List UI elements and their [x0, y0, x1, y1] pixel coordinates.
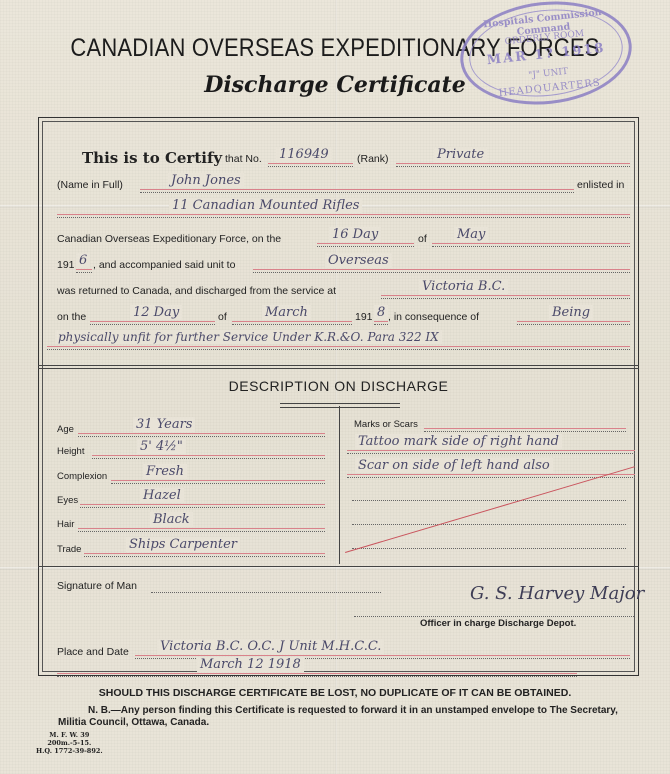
marks-blank-line — [352, 548, 626, 549]
force-label: Canadian Overseas Expeditionary Force, o… — [57, 233, 281, 245]
discharge-month-field: March — [232, 309, 352, 325]
certify-heading: This is to Certify — [82, 149, 222, 167]
nb-line-1: N. B.—Any person finding this Certificat… — [58, 705, 618, 717]
discharge-year-value: 8 — [374, 305, 388, 320]
marks-label: Marks or Scars — [354, 419, 418, 430]
age-label: Age — [57, 424, 74, 435]
description-heading: DESCRIPTION ON DISCHARGE — [38, 378, 639, 394]
discharged-at-value: Victoria B.C. — [419, 279, 508, 294]
on-the-label: on the — [57, 311, 86, 323]
name-label: (Name in Full) — [57, 179, 123, 191]
enlist-month-field: May — [432, 231, 630, 247]
enlist-day-field: 16 Day — [317, 231, 414, 247]
officer-signature: G. S. Harvey Major — [470, 583, 644, 604]
heading-underline — [280, 403, 400, 408]
form-number: M. F. W. 39 — [36, 731, 103, 739]
discharge-year-field: 8 — [374, 309, 388, 325]
returned-label: was returned to Canada, and discharged f… — [57, 285, 336, 297]
trade-field: Ships Carpenter — [84, 541, 325, 557]
eyes-label: Eyes — [57, 495, 78, 506]
reason-field-2: physically unfit for further Service Und… — [47, 334, 630, 350]
eyes-field: Hazel — [80, 492, 325, 508]
section-divider — [38, 365, 639, 366]
unit-value: 11 Canadian Mounted Rifles — [169, 198, 362, 213]
place-value: Victoria B.C. O.C. J Unit M.H.C.C. — [157, 639, 384, 654]
officer-label: Officer in charge Discharge Depot. — [420, 618, 576, 629]
hair-field: Black — [78, 516, 325, 532]
height-value: 5' 4½" — [137, 439, 186, 454]
reason-field-1: Being — [517, 309, 630, 325]
reason-line-1: Being — [549, 305, 593, 320]
marks-blank-line — [352, 500, 626, 501]
discharge-day-value: 12 Day — [130, 305, 182, 320]
enlisted-in-label: enlisted in — [577, 179, 624, 191]
complexion-value: Fresh — [143, 464, 187, 479]
print-run: 200m.-5-15. — [36, 739, 103, 747]
discharge-month-value: March — [262, 305, 311, 320]
trade-value: Ships Carpenter — [126, 537, 240, 552]
enlist-year-field: 6 — [76, 257, 92, 273]
nb-note: N. B.—Any person finding this Certificat… — [58, 705, 618, 729]
hair-label: Hair — [57, 519, 74, 530]
of-label: of — [418, 233, 427, 245]
loss-warning: SHOULD THIS DISCHARGE CERTIFICATE BE LOS… — [0, 687, 670, 699]
accompanied-to-field: Overseas — [253, 257, 630, 273]
marks-field-1: Tattoo mark side of right hand — [347, 438, 635, 454]
form-reference: M. F. W. 39 200m.-5-15. H.Q. 1772-39-892… — [36, 731, 103, 755]
enlist-year-value: 6 — [76, 253, 90, 268]
marks-value-2: Scar on side of left hand also — [355, 458, 553, 473]
marks-field-2: Scar on side of left hand also — [347, 462, 635, 478]
year-prefix-2: 191 — [355, 311, 373, 323]
complexion-field: Fresh — [111, 468, 325, 484]
signature-of-man-label: Signature of Man — [57, 580, 137, 592]
marks-blank-line — [352, 524, 626, 525]
discharge-day-field: 12 Day — [90, 309, 215, 325]
reason-line-2: physically unfit for further Service Und… — [55, 330, 442, 344]
section-divider — [38, 368, 639, 369]
trade-label: Trade — [57, 544, 81, 555]
regimental-number-value: 116949 — [276, 147, 332, 162]
officer-signature-line — [354, 616, 634, 617]
eyes-value: Hazel — [140, 488, 184, 503]
discharged-at-field: Victoria B.C. — [381, 283, 630, 299]
name-field: John Jones — [140, 177, 574, 193]
unit-field: 11 Canadian Mounted Rifles — [57, 202, 630, 218]
hair-value: Black — [150, 512, 193, 527]
accompanied-to-value: Overseas — [325, 253, 392, 268]
signature-divider — [38, 566, 639, 567]
height-label: Height — [57, 446, 84, 457]
that-no-label: that No. — [225, 153, 262, 165]
date-value: March 12 1918 — [197, 657, 304, 672]
marks-field-0 — [424, 416, 626, 432]
name-value: John Jones — [168, 173, 244, 188]
of-label-2: of — [218, 311, 227, 323]
complexion-label: Complexion — [57, 471, 107, 482]
rank-field: Private — [396, 151, 630, 167]
place-date-label: Place and Date — [57, 646, 129, 658]
signature-of-man-line[interactable] — [151, 592, 381, 593]
column-divider — [339, 406, 340, 564]
rank-value: Private — [434, 147, 487, 162]
year-prefix: 191 — [57, 259, 75, 271]
nb-line-2: Militia Council, Ottawa, Canada. — [58, 717, 209, 728]
height-field: 5' 4½" — [92, 443, 325, 459]
age-field: 31 Years — [78, 421, 325, 437]
regimental-number-field: 116949 — [268, 151, 353, 167]
consequence-label: , in consequence of — [388, 311, 479, 323]
hq-reference: H.Q. 1772-39-892. — [36, 747, 103, 755]
marks-value-1: Tattoo mark side of right hand — [355, 434, 562, 449]
rank-label: (Rank) — [357, 153, 389, 165]
age-value: 31 Years — [133, 417, 195, 432]
enlist-month-value: May — [454, 227, 488, 242]
enlist-day-value: 16 Day — [329, 227, 381, 242]
date-field: March 12 1918 — [57, 661, 577, 677]
accompanied-label: , and accompanied said unit to — [93, 259, 235, 271]
